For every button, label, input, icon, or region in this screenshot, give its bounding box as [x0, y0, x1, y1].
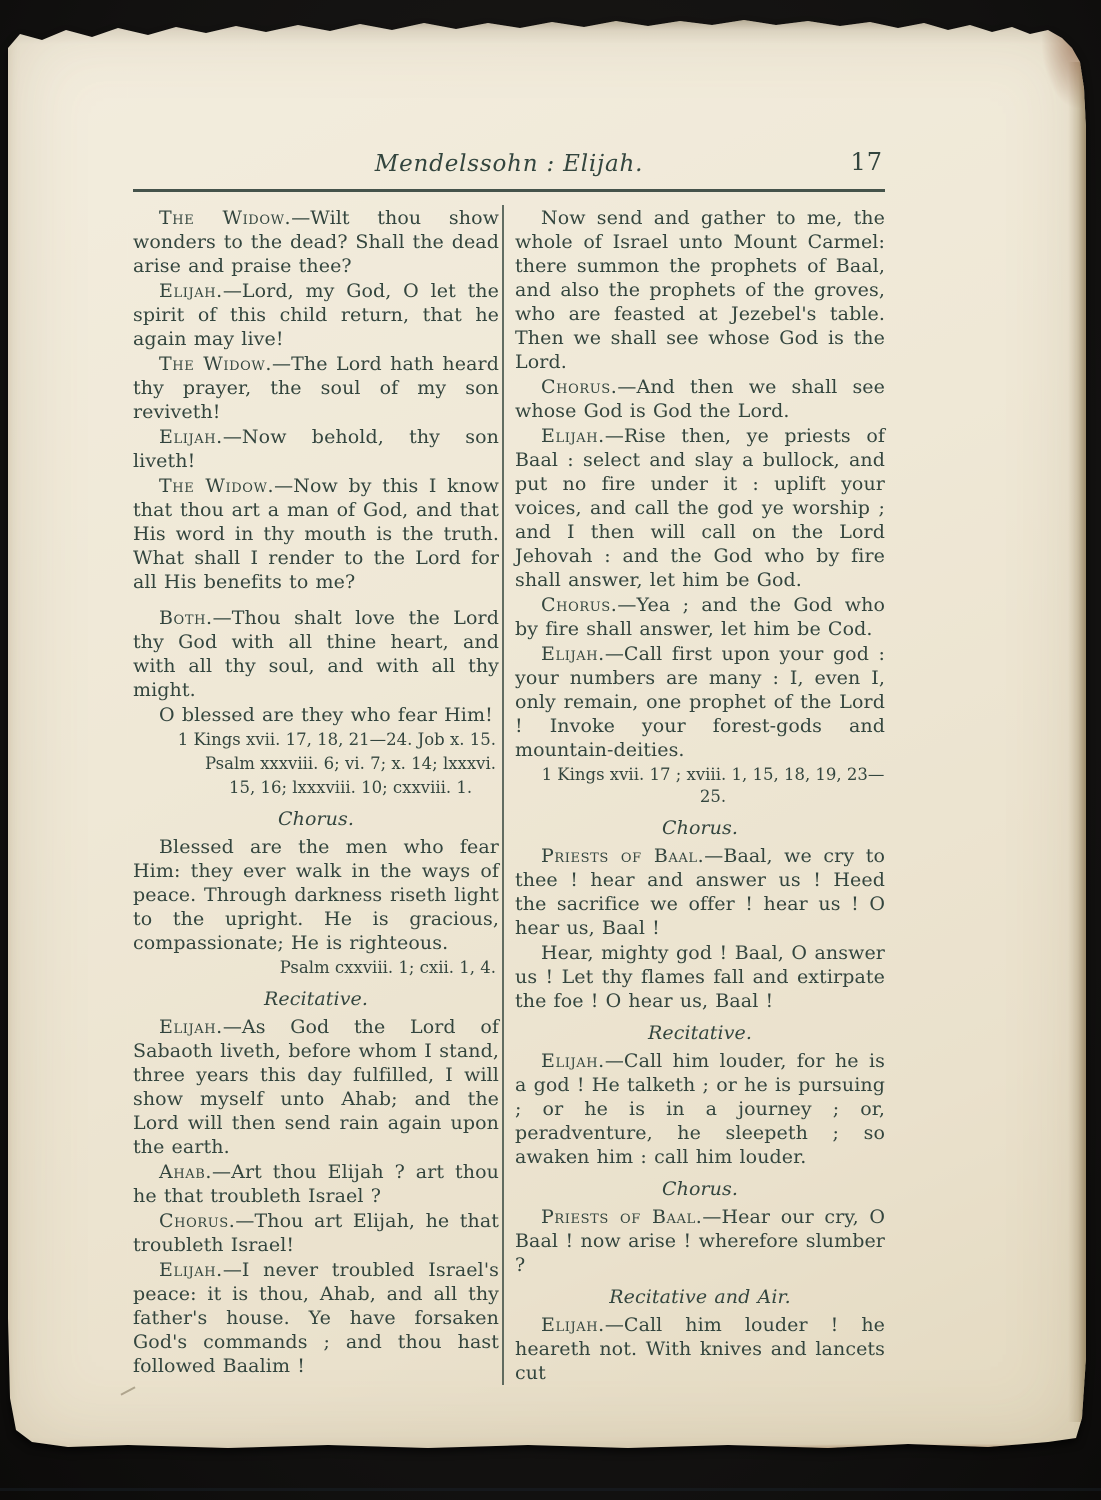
speaker-name: Priests of Baal.	[541, 1206, 702, 1228]
section-heading: Recitative.	[515, 1021, 885, 1045]
speaker-name: Chorus.	[541, 376, 617, 398]
section-heading: Chorus.	[133, 807, 499, 831]
speech-paragraph: Elijah.—Call first upon your god : your …	[515, 642, 885, 762]
paragraph: Now send and gather to me, the whole of …	[515, 206, 885, 374]
speaker-name: Elijah.	[541, 1314, 605, 1336]
speaker-name: The Widow.	[159, 353, 272, 375]
right-column: Now send and gather to me, the whole of …	[515, 205, 885, 1385]
scripture-reference: Psalm cxxviii. 1; cxii. 1, 4.	[133, 957, 499, 979]
scripture-reference-line: Psalm xxxviii. 6; vi. 7; x. 14; lxxxvi.	[133, 753, 499, 775]
scripture-reference: 1 Kings xvii. 17 ; xviii. 1, 15, 18, 19,…	[515, 764, 885, 808]
speech-paragraph: Elijah.—Now behold, thy son liveth!	[133, 425, 499, 473]
scripture-reference-line: 1 Kings xvii. 17, 18, 21—24. Job x. 15.	[133, 729, 499, 751]
speaker-name: Elijah.	[159, 1016, 223, 1038]
speaker-name: Chorus.	[541, 594, 617, 616]
two-column-text: The Widow.—Wilt thou show wonders to the…	[133, 205, 885, 1385]
speech-paragraph: Priests of Baal.—Hear our cry, O Baal ! …	[515, 1205, 885, 1277]
speaker-name: Elijah.	[159, 1259, 223, 1281]
section-heading: Chorus.	[515, 816, 885, 840]
speech-paragraph: The Widow.—Wilt thou show wonders to the…	[133, 206, 499, 278]
speaker-name: Elijah.	[159, 280, 223, 302]
speaker-name: The Widow.	[159, 207, 291, 229]
paragraph: Hear, mighty god ! Baal, O answer us ! L…	[515, 941, 885, 1013]
speech-text: —Rise then, ye priests of Baal : select …	[515, 425, 885, 591]
speech-paragraph: Both.—Thou shalt love the Lord thy God w…	[133, 606, 499, 702]
speaker-name: Ahab.	[159, 1161, 212, 1183]
printed-page-content: Mendelssohn : Elijah. 17 The Widow.—Wilt…	[133, 150, 885, 1385]
page-stack-edge	[1068, 62, 1086, 1422]
left-column: The Widow.—Wilt thou show wonders to the…	[133, 205, 499, 1385]
speaker-name: The Widow.	[159, 475, 274, 497]
speech-paragraph: Elijah.—I never troubled Israel's peace:…	[133, 1258, 499, 1378]
scanner-background: Mendelssohn : Elijah. 17 The Widow.—Wilt…	[0, 0, 1101, 1500]
bottom-page-curl	[636, 1444, 1076, 1450]
speaker-name: Elijah.	[541, 643, 605, 665]
speech-paragraph: Elijah.—Lord, my God, O let the spirit o…	[133, 279, 499, 351]
corner-stain	[1042, 28, 1086, 108]
speech-paragraph: Chorus.—Thou art Elijah, he that trouble…	[133, 1209, 499, 1257]
section-heading: Recitative and Air.	[515, 1285, 885, 1309]
torn-edge-shadow	[8, 18, 1086, 44]
speech-paragraph: Chorus.—And then we shall see whose God …	[515, 375, 885, 423]
speech-paragraph: Chorus.—Yea ; and the God who by fire sh…	[515, 593, 885, 641]
speech-paragraph: Priests of Baal.—Baal, we cry to thee ! …	[515, 844, 885, 940]
scripture-reference: 1 Kings xvii. 17, 18, 21—24. Job x. 15. …	[133, 729, 499, 799]
speaker-name: Elijah.	[159, 426, 223, 448]
page-header-title: Mendelssohn : Elijah.	[133, 150, 885, 178]
speaker-name: Priests of Baal.	[541, 845, 704, 867]
speaker-name: Both.	[159, 607, 213, 629]
scan-artifact-line	[0, 1488, 1101, 1491]
section-heading: Chorus.	[515, 1177, 885, 1201]
speaker-name: Chorus.	[159, 1210, 235, 1232]
speech-paragraph: The Widow.—Now by this I know that thou …	[133, 474, 499, 594]
speech-paragraph: Elijah.—As God the Lord of Sabaoth livet…	[133, 1015, 499, 1159]
scripture-reference-line: 15, 16; lxxxviii. 10; cxxviii. 1.	[133, 777, 499, 799]
speech-paragraph: Ahab.—Art thou Elijah ? art thou he that…	[133, 1160, 499, 1208]
stray-pencil-mark	[120, 1386, 135, 1395]
header-rule	[133, 189, 885, 192]
speech-paragraph: Elijah.—Call him louder ! he heareth not…	[515, 1313, 885, 1385]
speaker-name: Elijah.	[541, 1050, 605, 1072]
speech-paragraph: Elijah.—Rise then, ye priests of Baal : …	[515, 424, 885, 592]
section-heading: Recitative.	[133, 987, 499, 1011]
speech-paragraph: Elijah.—Call him louder, for he is a god…	[515, 1049, 885, 1169]
paragraph: Blessed are the men who fear Him: they e…	[133, 835, 499, 955]
running-header: Mendelssohn : Elijah. 17	[133, 150, 885, 186]
speech-paragraph: The Widow.—The Lord hath heard thy praye…	[133, 352, 499, 424]
column-divider	[502, 205, 504, 1385]
paragraph: O blessed are they who fear Him!	[133, 703, 499, 727]
page-number: 17	[850, 148, 883, 176]
speaker-name: Elijah.	[541, 425, 605, 447]
